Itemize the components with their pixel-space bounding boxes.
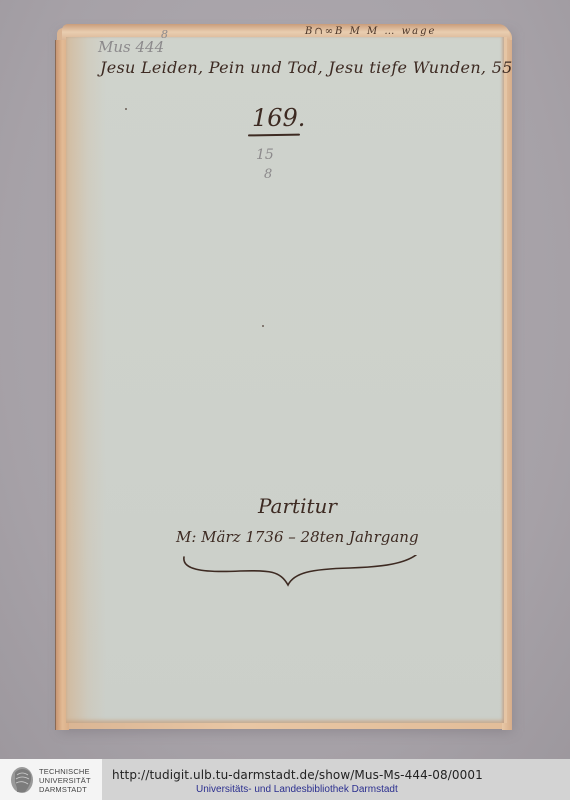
pencil-note-a: 15 <box>256 147 274 163</box>
ink-dot <box>125 108 127 110</box>
manuscript-title: Jesu Leiden, Pein und Tod, Jesu tiefe Wu… <box>100 58 513 77</box>
catalog-number: 169. <box>252 104 305 132</box>
tu-darmstadt-logo[interactable]: TECHNISCHE UNIVERSITÄT DARMSTADT <box>0 759 102 800</box>
manuscript-cover-page <box>66 37 507 723</box>
shelfmark-superscript: 8 <box>161 28 168 41</box>
top-edge-writing: B∩∞B M M … wage <box>305 26 436 37</box>
partitur-label: Partitur <box>258 494 337 518</box>
footer-bar: TECHNISCHE UNIVERSITÄT DARMSTADT http://… <box>0 759 570 800</box>
logo-line-2: UNIVERSITÄT <box>39 776 91 785</box>
date-line: M: März 1736 – 28ten Jahrgang <box>176 528 419 546</box>
library-name-link[interactable]: Universitäts- und Landesbibliothek Darms… <box>196 784 398 795</box>
pencil-note-b: 8 <box>264 167 272 182</box>
logo-text: TECHNISCHE UNIVERSITÄT DARMSTADT <box>39 767 91 794</box>
shelfmark: Mus 444 <box>98 38 164 56</box>
permalink-url[interactable]: http://tudigit.ulb.tu-darmstadt.de/show/… <box>112 768 483 782</box>
decorative-brace <box>180 555 420 591</box>
logo-line-3: DARMSTADT <box>39 785 91 794</box>
athena-head-icon <box>9 765 35 795</box>
logo-line-1: TECHNISCHE <box>39 767 91 776</box>
scan-viewer: B∩∞B M M … wage Mus 444 8 Jesu Leiden, P… <box>0 0 570 759</box>
ink-dot <box>262 325 264 327</box>
